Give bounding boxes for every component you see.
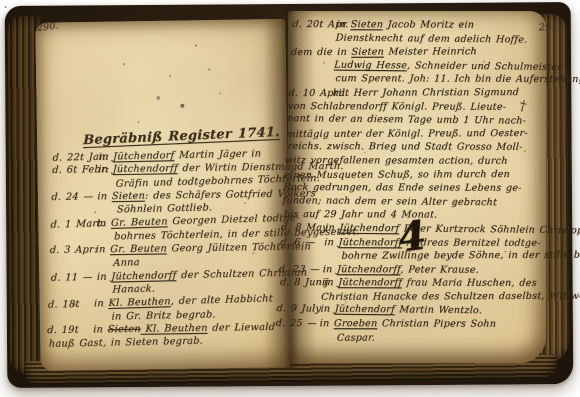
- entry-text: Martin Wentzlo.: [394, 305, 482, 317]
- entry-text: hauß Gast, in Sieten begrab.: [49, 336, 204, 350]
- left-page-text: Begräbniß Register 1741. d. 22t Jan:in J…: [46, 123, 283, 351]
- entry-pre: in: [324, 237, 339, 248]
- entry-date: d. 6t Febr:: [52, 164, 98, 178]
- burial-entry-line: cum Sperent. Joh: 11. Ich bin die Aufers…: [291, 72, 548, 86]
- entry-pre: in: [98, 151, 113, 162]
- entry-place: Gr. Beuten: [110, 243, 167, 255]
- entry-place: Jütchendorf: [113, 150, 175, 162]
- entry-date: d. 3 Apr:: [49, 243, 95, 257]
- entry-date: d. 10 April.: [288, 87, 333, 101]
- entry-text: reichs. zwisch. Brieg und Stadt Grosso M…: [287, 141, 523, 153]
- burial-entry-line: witz vorgefallenen gesamten action, durc…: [284, 154, 541, 168]
- entry-pre: in: [94, 298, 109, 309]
- entry-text: , der alte Habbicht: [171, 293, 273, 307]
- photograph-frame: 290. 291. Begräbniß Register 1741. d. 22…: [0, 0, 580, 397]
- entry-place: Gr. Beuten: [111, 217, 168, 230]
- entry-pre: in: [97, 271, 112, 282]
- burial-entry-line: Caspar.: [275, 330, 532, 345]
- entry-place: Jütchendorff: [112, 163, 178, 175]
- entry-text: hat Herr Johann Christian Sigmund: [332, 87, 519, 99]
- burial-entry-line: mittägig unter der Königl. Preuß. und Oe…: [286, 127, 543, 142]
- entry-pre: in: [93, 324, 108, 335]
- entry-text: Hanack.: [112, 284, 155, 296]
- entry-text: Georgen Dietzel todtge-: [168, 213, 300, 228]
- entry-date: d. 23 —: [278, 263, 323, 277]
- entry-text: , Peter Krause.: [400, 264, 479, 275]
- entry-text: Rock gedrungen, das Ende seines Lebens g…: [283, 182, 522, 194]
- entry-text: Anna: [113, 257, 140, 269]
- burial-entry-line: reichs. zwisch. Brieg und Stadt Grosso M…: [287, 140, 544, 154]
- burial-entry-line: Rock gedrungen, das Ende seines Lebens g…: [283, 181, 540, 195]
- entry-date: [65, 319, 111, 320]
- entry-place: Kl. Beuthen: [141, 323, 208, 335]
- entry-place: Jütchendorf: [334, 304, 395, 316]
- entry-date: d. 11 —: [51, 270, 97, 284]
- entry-place: Jütchendorff: [337, 264, 401, 275]
- entry-pre: in: [98, 164, 113, 175]
- entry-place: Jütchendorf: [339, 223, 400, 235]
- entry-pre: in: [322, 264, 337, 275]
- open-register-book: 290. 291. Begräbniß Register 1741. d. 22…: [5, 2, 574, 388]
- entry-pre: in: [319, 318, 334, 329]
- entry-date: [66, 292, 112, 293]
- entry-place: Sieten: [351, 47, 384, 58]
- register-heading: Begräbniß Register 1741.: [83, 125, 280, 148]
- entry-date: d. 18t: [48, 298, 94, 313]
- entry-date: d. 24 —: [51, 190, 97, 204]
- entry-place: Sieten: [112, 190, 146, 201]
- entry-text: cum Sperent. Joh: 11. Ich bin die Aufers…: [335, 73, 580, 85]
- entry-date: [71, 213, 117, 214]
- entry-text: Jacob Moritz ein: [383, 19, 475, 30]
- entry-pre: in: [97, 191, 112, 202]
- entry-date: d. 6 —: [280, 235, 325, 249]
- entry-date: d. 1 Mart.: [50, 218, 96, 233]
- entry-text: in Gr. Britz begrab.: [111, 309, 216, 322]
- entry-pre: in: [96, 218, 111, 229]
- entry-date: [67, 266, 113, 267]
- burial-entry-line: d. 10 April.hat Herr Johann Christian Si…: [288, 86, 545, 101]
- burial-entry-line: d. 23 —in Jütchendorff, Peter Krause.: [278, 263, 535, 277]
- burial-entry-line: d. 20t Apr.in Sieten Jacob Moritz ein: [292, 18, 549, 32]
- entry-pre: in: [325, 222, 340, 233]
- burial-entry-line: d. 8 Junijin Jütchendorff frau Maria Hus…: [280, 276, 537, 290]
- burial-entry-line: d. 25 —in Groeben Christian Pipers Sohn: [275, 317, 532, 331]
- entry-date: d. 8 Junij: [280, 276, 325, 290]
- entry-text: Caspar.: [337, 332, 376, 343]
- entry-place: Jütchendorff: [111, 270, 177, 282]
- entry-pre: in: [324, 277, 339, 288]
- entry-pre: dem die in: [291, 47, 352, 58]
- entry-text: der Liewald: [207, 322, 275, 334]
- entry-place: Ludwig Hesse: [334, 59, 408, 71]
- entry-date: d. 25 —: [275, 317, 320, 331]
- entry-text: von Schlabrendorff Königl. Preuß. Lieute…: [288, 101, 507, 113]
- right-entries: d. 20t Apr.in Sieten Jacob Moritz einDie…: [275, 18, 549, 345]
- entry-strikethrough: Sieten: [107, 324, 141, 335]
- entry-date: [70, 186, 116, 187]
- entry-date: d. 8 May: [281, 221, 326, 235]
- entry-text: Christian Pipers Sohn: [377, 318, 496, 329]
- entry-pre: in: [336, 19, 351, 30]
- entry-text: , Schneider und Schulmeister: [407, 60, 563, 73]
- entry-text: funden; nach dem er sein Alter gebracht: [282, 195, 497, 208]
- entry-text: mittägig unter der Königl. Preuß. und Oe…: [286, 128, 528, 140]
- entry-text: witz vorgefallenen gesamten action, durc…: [284, 155, 508, 167]
- entry-date: [68, 239, 114, 240]
- entry-text: nant in der an diesem Tage umb 1 Uhr nac…: [287, 113, 527, 127]
- entry-text: Meister Heinrich: [384, 46, 477, 57]
- entry-date: d. 19t: [47, 323, 93, 337]
- entry-pre: in: [95, 244, 110, 255]
- burial-entry-line: einen Musqueten Schuß, so ihm durch den: [284, 167, 541, 182]
- entry-pre: in: [320, 304, 335, 315]
- entry-text: einen Musqueten Schuß, so ihm durch den: [284, 168, 511, 180]
- entry-place: Groeben: [334, 318, 378, 329]
- entry-place: Jütchendorff: [338, 237, 403, 248]
- left-entries: d. 22t Jan:in Jütchendorf Martin Jäger i…: [46, 147, 282, 351]
- entry-text: Martin Jäger in: [174, 148, 261, 161]
- entry-text: frau Maria Huschen, des: [402, 278, 537, 289]
- entry-text: Dienstknecht auf dem adelich Hoffe.: [335, 32, 527, 45]
- entry-place: Jütchendorff: [338, 277, 403, 288]
- entry-date: d. 20t Apr.: [292, 18, 337, 32]
- entry-text: bohrne Zwillinge beyde Söhne, in der sti…: [341, 250, 580, 262]
- entry-date: d. 9 July: [276, 302, 321, 316]
- right-page-text: d. 20t Apr.in Sieten Jacob Moritz einDie…: [275, 18, 549, 345]
- entry-text: Christian Hanacke des Schultzen daselbst…: [321, 290, 580, 302]
- entry-place: Sieten: [350, 19, 383, 30]
- ink-speckles: [5, 6, 7, 8]
- entry-place: Kl. Beuthen: [108, 296, 171, 309]
- ink-numeral-overlay: 4: [395, 212, 429, 262]
